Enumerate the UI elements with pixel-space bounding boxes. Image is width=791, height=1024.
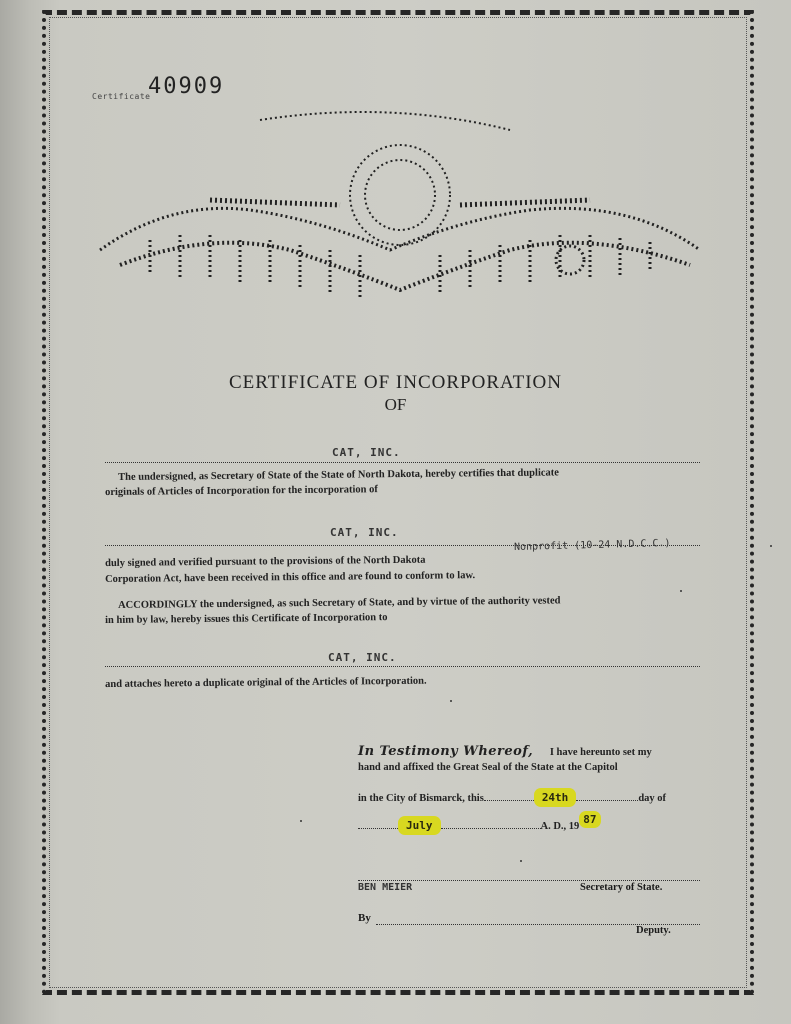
scan-speck xyxy=(520,860,522,862)
document-title: CERTIFICATE OF INCORPORATION xyxy=(0,372,791,394)
corporation-name-field: CAT, INC. xyxy=(328,651,397,664)
corporation-name-field: CAT, INC. xyxy=(332,446,401,459)
testimony-line-3: in the City of Bismarck, this24thday of xyxy=(358,790,666,806)
scan-speck xyxy=(300,820,302,822)
document-title-of: OF xyxy=(0,395,791,415)
testimony-line-1: In Testimony Whereof, I have hereunto se… xyxy=(358,744,652,760)
certificate-number: 40909 xyxy=(148,74,224,99)
by-label: By xyxy=(358,912,371,924)
signature-line xyxy=(358,880,700,881)
testimony-line-4: JulyA. D., 1987 xyxy=(358,818,601,834)
paragraph-3-line-2: in him by law, hereby issues this Certif… xyxy=(105,610,388,628)
state-seal-banner xyxy=(90,100,710,320)
testimony-line-2: hand and affixed the Great Seal of the S… xyxy=(358,760,618,775)
testimony-heading: In Testimony Whereof, xyxy=(358,744,533,759)
deputy-label: Deputy. xyxy=(636,925,671,936)
signatory-name: BEN MEIER xyxy=(358,882,412,893)
corporation-name-field: CAT, INC. xyxy=(330,526,399,539)
seal-banner-icon xyxy=(90,100,710,320)
paragraph-1-line-2: originals of Articles of Incorporation f… xyxy=(105,482,378,500)
month-highlight: July xyxy=(398,816,441,835)
year-highlight: 87 xyxy=(579,811,600,828)
fill-line xyxy=(105,462,700,463)
day-highlight: 24th xyxy=(534,788,577,807)
fill-line xyxy=(105,666,700,667)
scan-speck xyxy=(450,700,452,702)
scan-speck xyxy=(770,545,772,547)
scan-speck xyxy=(680,590,682,592)
signatory-role: Secretary of State. xyxy=(580,882,662,893)
